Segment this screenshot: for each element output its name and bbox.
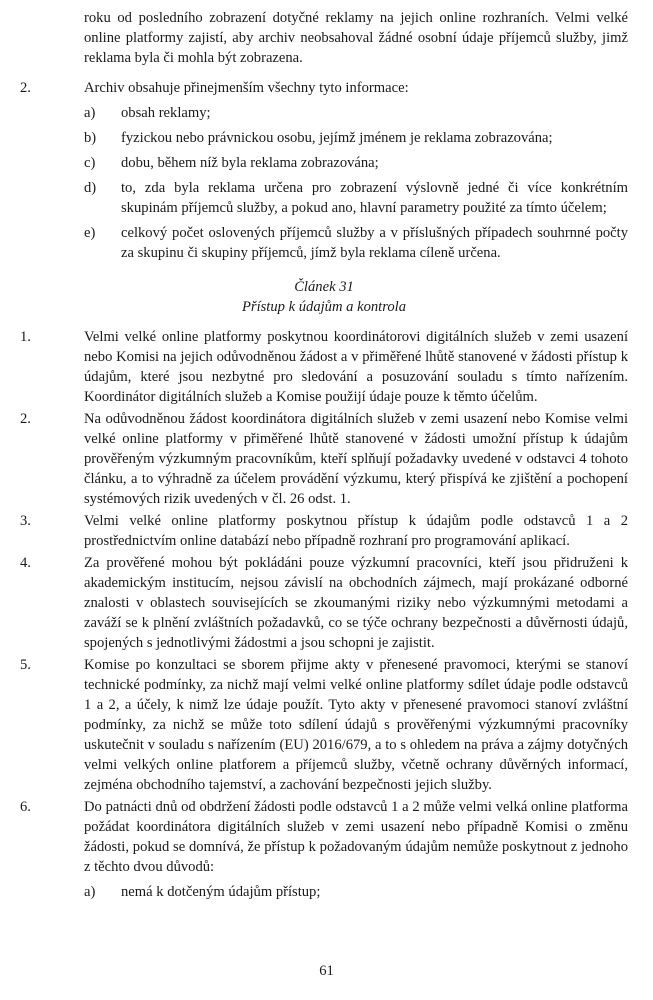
list-item-number: 4. (20, 553, 84, 573)
sub-list-item: a) obsah reklamy; (84, 103, 628, 123)
article-item-1: 1. Velmi velké online platformy poskytno… (20, 327, 628, 407)
sub-list-item: c) dobu, během níž byla reklama zobrazov… (84, 153, 628, 173)
sub-item-text: fyzickou nebo právnickou osobu, jejímž j… (121, 128, 628, 148)
continuation-paragraph: roku od posledního zobrazení dotyčné rek… (84, 8, 628, 68)
article-title: Článek 31 (20, 277, 628, 297)
list-item-number: 2. (20, 78, 84, 98)
list-item-text: Velmi velké online platformy poskytnou k… (84, 327, 628, 407)
article-subtitle: Přístup k údajům a kontrola (20, 297, 628, 317)
list-item-text: Velmi velké online platformy poskytnou p… (84, 511, 628, 551)
sub-list-item: e) celkový počet oslovených příjemců slu… (84, 223, 628, 263)
sub-item-label: a) (84, 882, 121, 902)
document-content: roku od posledního zobrazení dotyčné rek… (0, 0, 653, 902)
sub-item-label: b) (84, 128, 121, 148)
list-item-text: Komise po konzultaci se sborem přijme ak… (84, 655, 628, 795)
article-item-4: 4. Za prověřené mohou být pokládáni pouz… (20, 553, 628, 653)
list-item-text: Na odůvodněnou žádost koordinátora digit… (84, 409, 628, 509)
article-heading: Článek 31 Přístup k údajům a kontrola (20, 277, 628, 317)
list-item-body: Archiv obsahuje přinejmenším všechny tyt… (84, 78, 628, 263)
list-item-archive: 2. Archiv obsahuje přinejmenším všechny … (20, 78, 628, 263)
sub-item-text: obsah reklamy; (121, 103, 628, 123)
sub-item-label: e) (84, 223, 121, 243)
document-page: roku od posledního zobrazení dotyčné rek… (0, 0, 653, 1000)
list-item-number: 6. (20, 797, 84, 817)
list-item-number: 3. (20, 511, 84, 531)
sub-item-label: c) (84, 153, 121, 173)
article-item-2: 2. Na odůvodněnou žádost koordinátora di… (20, 409, 628, 509)
list-item-number: 5. (20, 655, 84, 675)
sub-item-label: a) (84, 103, 121, 123)
list-item-number: 2. (20, 409, 84, 429)
sub-list-item: d) to, zda byla reklama určena pro zobra… (84, 178, 628, 218)
list-item-text: Archiv obsahuje přinejmenším všechny tyt… (84, 80, 409, 96)
article-item-5: 5. Komise po konzultaci se sborem přijme… (20, 655, 628, 795)
list-item-body: Do patnácti dnů od obdržení žádosti podl… (84, 797, 628, 902)
list-item-text: Do patnácti dnů od obdržení žádosti podl… (84, 799, 628, 875)
sub-item-text: nemá k dotčeným údajům přístup; (121, 882, 628, 902)
sub-item-text: celkový počet oslovených příjemců služby… (121, 223, 628, 263)
sub-item-text: dobu, během níž byla reklama zobrazována… (121, 153, 628, 173)
sub-list-item: a) nemá k dotčeným údajům přístup; (84, 882, 628, 902)
article-item-6: 6. Do patnácti dnů od obdržení žádosti p… (20, 797, 628, 902)
page-number: 61 (0, 961, 653, 981)
article-item-3: 3. Velmi velké online platformy poskytno… (20, 511, 628, 551)
sub-list-item: b) fyzickou nebo právnickou osobu, jejím… (84, 128, 628, 148)
sub-item-text: to, zda byla reklama určena pro zobrazen… (121, 178, 628, 218)
list-item-number: 1. (20, 327, 84, 347)
sub-item-label: d) (84, 178, 121, 198)
list-item-text: Za prověřené mohou být pokládáni pouze v… (84, 553, 628, 653)
